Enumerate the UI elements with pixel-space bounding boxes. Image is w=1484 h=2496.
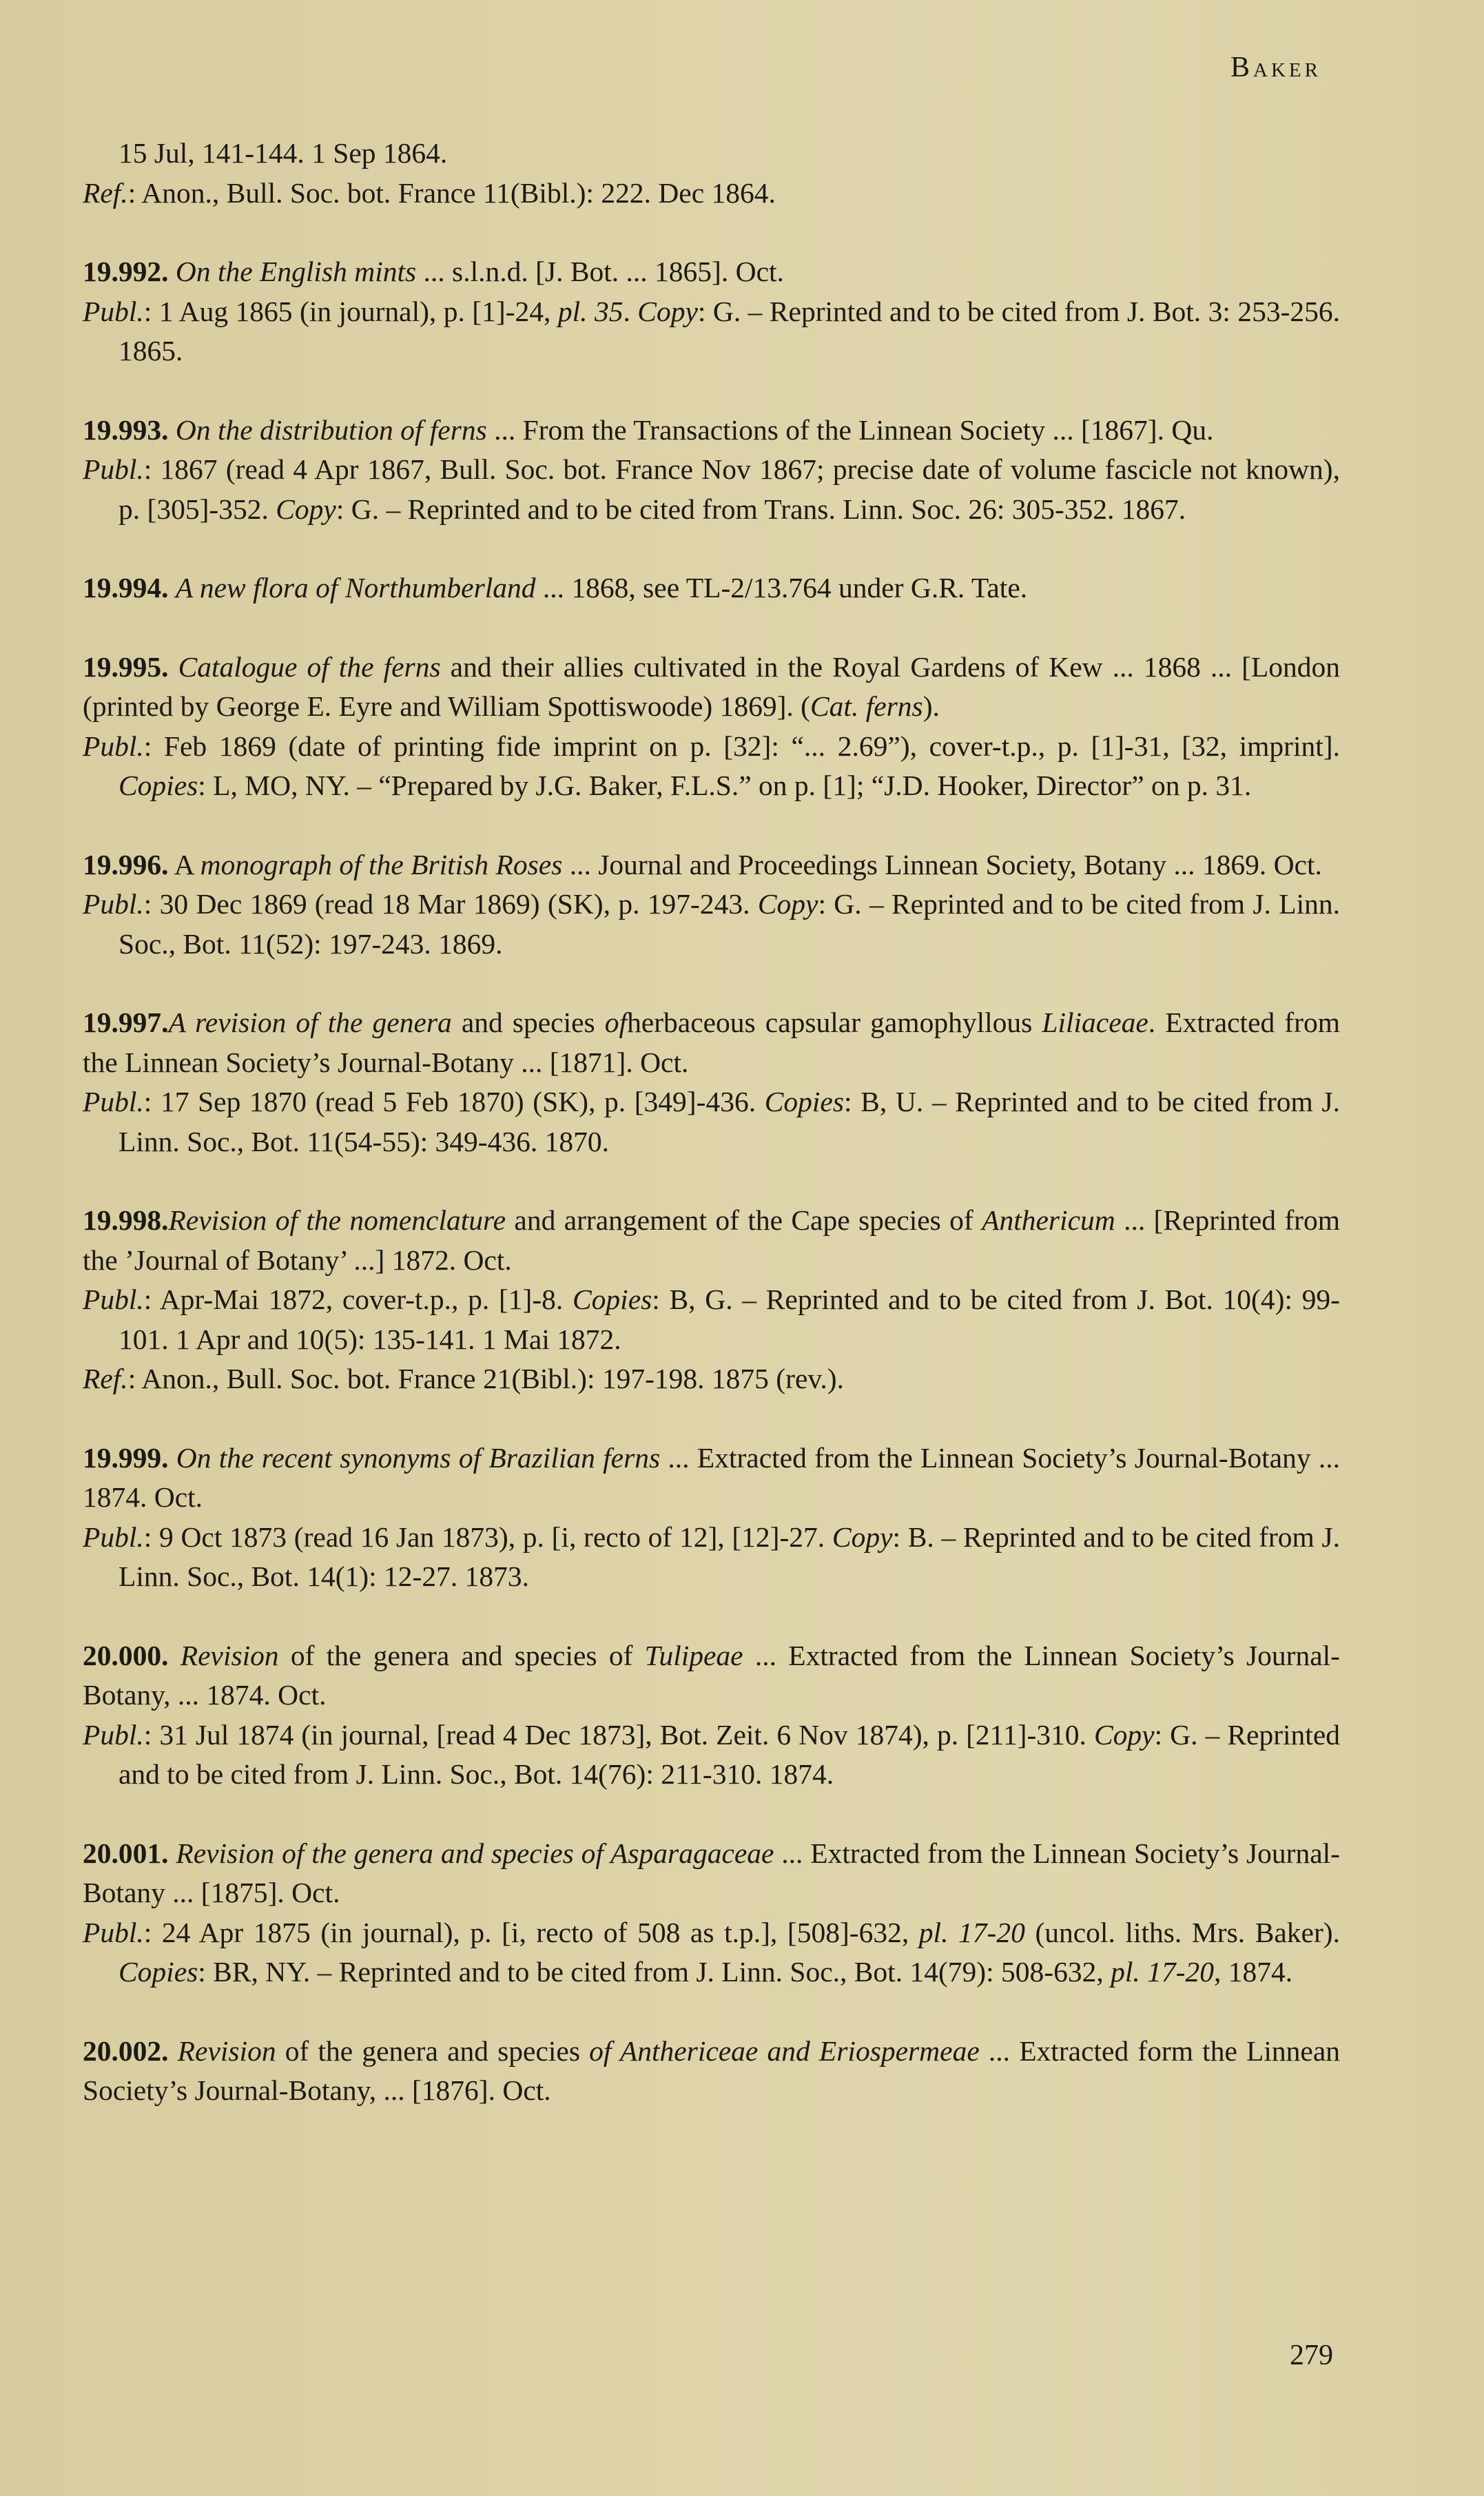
publ-text: : 31 Jul 1874 (in journal, [read 4 Dec 1…	[144, 1719, 1094, 1751]
publication-info: Publ.: 1867 (read 4 Apr 1867, Bull. Soc.…	[83, 450, 1340, 529]
continued-line: 15 Jul, 141-144. 1 Sep 1864.	[83, 134, 1340, 174]
running-head: Baker	[1230, 51, 1321, 84]
title-rest: and arrangement of the Cape species of	[506, 1204, 982, 1236]
publ-text: : 9 Oct 1873 (read 16 Jan 1873), p. [i, …	[144, 1521, 832, 1553]
bibliography-content: 15 Jul, 141-144. 1 Sep 1864. Ref.: Anon.…	[83, 134, 1340, 2150]
entry-19-996: 19.996. A monograph of the British Roses…	[83, 845, 1340, 965]
title-italic: Liliaceae	[1042, 1007, 1148, 1038]
plate-ref: pl. 17-20	[1111, 1956, 1214, 1988]
plate-ref: pl. 35	[558, 296, 624, 327]
entry-number: 19.994.	[83, 572, 169, 604]
entry-20-000: 20.000. Revision of the genera and speci…	[83, 1636, 1340, 1795]
copy-label: Copy	[758, 888, 818, 920]
entry-20-001: 20.001. Revision of the genera and speci…	[83, 1834, 1340, 1992]
entry-19-995: 19.995. Catalogue of the ferns and their…	[83, 648, 1340, 806]
publication-info: Publ.: 9 Oct 1873 (read 16 Jan 1873), p.…	[83, 1518, 1340, 1597]
ref-text: : Anon., Bull. Soc. bot. France 11(Bibl.…	[128, 177, 776, 209]
entry-20-002: 20.002. Revision of the genera and speci…	[83, 2032, 1340, 2111]
entry-title: 19.993. On the distribution of ferns ...…	[83, 411, 1340, 451]
publication-info: Publ.: 17 Sep 1870 (read 5 Feb 1870) (SK…	[83, 1082, 1340, 1162]
publication-info: Publ.: 30 Dec 1869 (read 18 Mar 1869) (S…	[83, 885, 1340, 964]
entry-title: 20.002. Revision of the genera and speci…	[83, 2032, 1340, 2111]
title-rest: ... Journal and Proceedings Linnean Soci…	[562, 849, 1322, 880]
entry-19-997: 19.997.A revision of the genera and spec…	[83, 1003, 1340, 1162]
publ-text: : 17 Sep 1870 (read 5 Feb 1870) (SK), p.…	[144, 1086, 765, 1117]
entry-title: 20.001. Revision of the genera and speci…	[83, 1834, 1340, 1913]
title-italic: Revision of the nomenclature	[169, 1204, 506, 1236]
title-rest: of the genera and species of	[279, 1640, 645, 1671]
ref-label: Ref.	[83, 177, 128, 209]
plate-ref: pl. 17-20	[919, 1917, 1025, 1948]
title-italic: of Anthericeae and Eriospermeae	[589, 2035, 980, 2067]
title-end: ).	[923, 690, 940, 722]
copy-label: Copies	[118, 770, 198, 801]
entry-title: 19.999. On the recent synonyms of Brazil…	[83, 1438, 1340, 1518]
entry-19-998: 19.998.Revision of the nomenclature and …	[83, 1201, 1340, 1399]
publ-label: Publ.	[83, 296, 144, 327]
publ-text: : L, MO, NY. – “Prepared by J.G. Baker, …	[198, 770, 1251, 801]
copy-label: Copies	[765, 1086, 844, 1117]
entry-19-992: 19.992. On the English mints ... s.l.n.d…	[83, 252, 1340, 371]
title-italic: Revision of the genera and species of As…	[176, 1837, 774, 1869]
entry-title: 19.992. On the English mints ... s.l.n.d…	[83, 252, 1340, 292]
book-page: Baker 15 Jul, 141-144. 1 Sep 1864. Ref.:…	[0, 0, 1484, 2496]
publication-info: Publ.: 31 Jul 1874 (in journal, [read 4 …	[83, 1715, 1340, 1795]
entry-number: 19.999.	[83, 1442, 169, 1474]
entry-number: 19.992.	[83, 256, 169, 287]
publication-info: Publ.: Feb 1869 (date of printing fide i…	[83, 727, 1340, 806]
title-rest: ... 1868, see TL-2/13.764 under G.R. Tat…	[536, 572, 1028, 604]
entry-number: 20.002.	[83, 2035, 169, 2067]
publ-label: Publ.	[83, 1719, 144, 1751]
publ-label: Publ.	[83, 888, 144, 920]
publication-info: Publ.: 1 Aug 1865 (in journal), p. [1]-2…	[83, 292, 1340, 371]
publ-label: Publ.	[83, 730, 144, 762]
copy-label: Copy	[276, 493, 336, 525]
copy-label: Copies	[573, 1283, 652, 1315]
publ-label: Publ.	[83, 1283, 144, 1315]
copy-label: Copy	[1094, 1719, 1155, 1751]
entry-number: 19.995.	[83, 651, 169, 683]
entry-number: 20.001.	[83, 1837, 169, 1869]
entry-title: 19.996. A monograph of the British Roses…	[83, 845, 1340, 885]
title-italic: monograph of the British Roses	[200, 849, 563, 880]
title-italic: Anthericum	[982, 1204, 1115, 1236]
publ-text: , 1874.	[1214, 1956, 1292, 1988]
title-rest: herbaceous capsular gamophyllous	[627, 1007, 1042, 1038]
publ-text: : 24 Apr 1875 (in journal), p. [i, recto…	[144, 1917, 919, 1948]
title-italic: On the English mints	[176, 256, 416, 287]
ref-line: Ref.: Anon., Bull. Soc. bot. France 11(B…	[83, 174, 1340, 214]
publ-text: : BR, NY. – Reprinted and to be cited fr…	[198, 1956, 1111, 1988]
entry-number: 20.000.	[83, 1640, 169, 1671]
entry-19-994: 19.994. A new flora of Northumberland ..…	[83, 568, 1340, 608]
page-number: 279	[1290, 2339, 1333, 2372]
entry-title: 19.998.Revision of the nomenclature and …	[83, 1201, 1340, 1280]
publ-text: : Feb 1869 (date of printing fide imprin…	[144, 730, 1340, 762]
entry-title: 19.995. Catalogue of the ferns and their…	[83, 648, 1340, 727]
title-rest: ... From the Transactions of the Linnean…	[487, 414, 1214, 446]
title-rest: of the genera and species	[276, 2035, 590, 2067]
publ-label: Publ.	[83, 1521, 144, 1553]
publication-info: Publ.: 24 Apr 1875 (in journal), p. [i, …	[83, 1913, 1340, 1992]
publ-text: (uncol. liths. Mrs. Baker).	[1025, 1917, 1340, 1948]
entry-number: 19.996.	[83, 849, 169, 880]
title-italic: On the distribution of ferns	[176, 414, 487, 446]
continued-entry: 15 Jul, 141-144. 1 Sep 1864. Ref.: Anon.…	[83, 134, 1340, 213]
title-italic: Revision	[178, 2035, 276, 2067]
copy-label: Copies	[118, 1956, 198, 1988]
title-italic: of	[605, 1007, 627, 1038]
publ-label: Publ.	[83, 1086, 144, 1117]
title-mid: and species	[452, 1007, 605, 1038]
ref-label: Ref.	[83, 1363, 128, 1394]
entry-number: 19.993.	[83, 414, 169, 446]
title-italic: Tulipeae	[645, 1640, 743, 1671]
entry-19-993: 19.993. On the distribution of ferns ...…	[83, 411, 1340, 530]
entry-19-999: 19.999. On the recent synonyms of Brazil…	[83, 1438, 1340, 1597]
ref-text: : Anon., Bull. Soc. bot. France 21(Bibl.…	[128, 1363, 844, 1394]
title-italic: Catalogue of the ferns	[178, 651, 441, 683]
publ-text: : 1 Aug 1865 (in journal), p. [1]-24,	[144, 296, 558, 327]
entry-number: 19.997.	[83, 1007, 169, 1038]
publ-text: .	[623, 296, 637, 327]
title-italic: A revision of the genera	[169, 1007, 452, 1038]
publ-text: : 30 Dec 1869 (read 18 Mar 1869) (SK), p…	[144, 888, 758, 920]
ref-line: Ref.: Anon., Bull. Soc. bot. France 21(B…	[83, 1359, 1340, 1399]
entry-title: 19.994. A new flora of Northumberland ..…	[83, 568, 1340, 608]
title-pre: A	[174, 849, 200, 880]
title-abbreviation: Cat. ferns	[810, 690, 923, 722]
title-italic: A new flora of Northumberland	[176, 572, 536, 604]
publ-text: : G. – Reprinted and to be cited from Tr…	[336, 493, 1186, 525]
entry-title: 19.997.A revision of the genera and spec…	[83, 1003, 1340, 1082]
title-rest: ... s.l.n.d. [J. Bot. ... 1865]. Oct.	[416, 256, 784, 287]
publ-label: Publ.	[83, 1917, 144, 1948]
title-italic: On the recent synonyms of Brazilian fern…	[176, 1442, 660, 1474]
copy-label: Copy	[637, 296, 698, 327]
title-italic: Revision	[181, 1640, 279, 1671]
entry-number: 19.998.	[83, 1204, 169, 1236]
publ-text: : Apr-Mai 1872, cover-t.p., p. [1]-8.	[144, 1283, 573, 1315]
publ-label: Publ.	[83, 453, 144, 485]
copy-label: Copy	[832, 1521, 893, 1553]
publication-info: Publ.: Apr-Mai 1872, cover-t.p., p. [1]-…	[83, 1280, 1340, 1359]
entry-title: 20.000. Revision of the genera and speci…	[83, 1636, 1340, 1715]
